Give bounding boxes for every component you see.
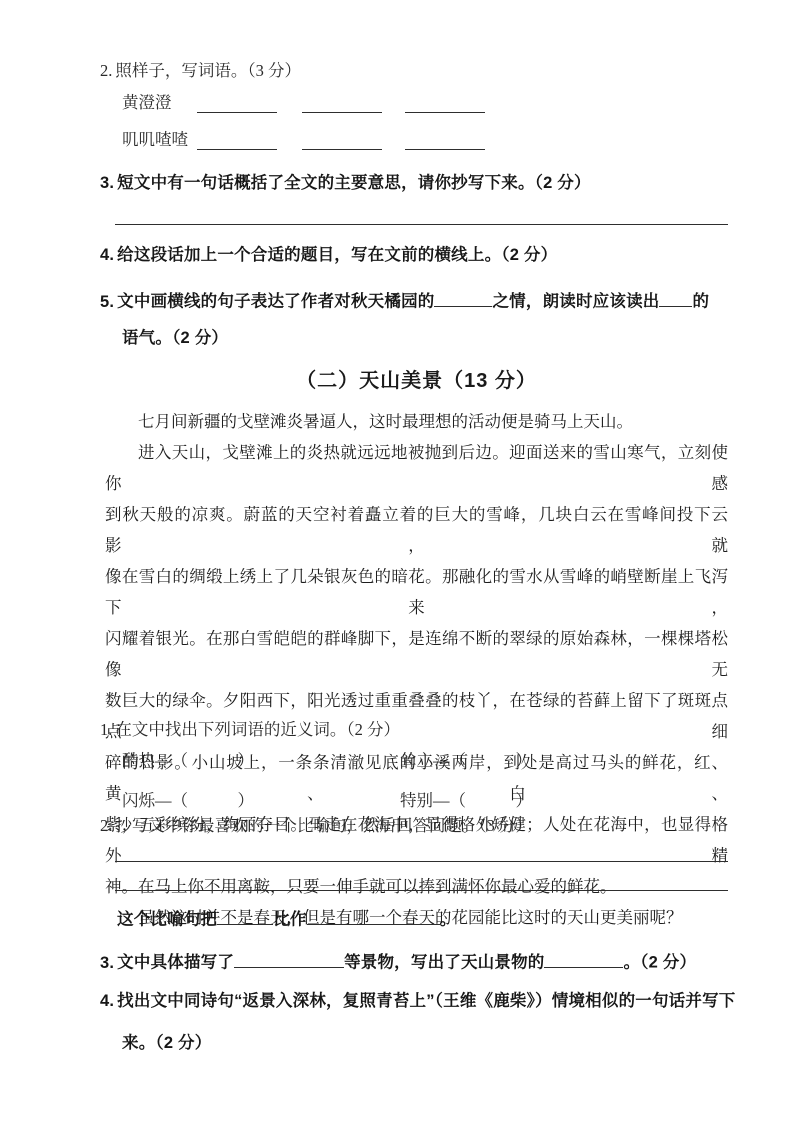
answer-blank: [197, 93, 277, 113]
question-number: 3.: [100, 953, 114, 974]
question-number: 2.: [100, 815, 112, 836]
question-number: 2.: [100, 60, 112, 81]
answer-writing-line: [115, 890, 728, 891]
passage-line: 神。在马上你不用离鞍，只要一伸手就可以捧到满怀你最心爱的鲜花。: [105, 871, 728, 902]
question-text: 照样子，写词语。（3 分）: [115, 61, 301, 80]
passage-line: 像在雪白的绸缎上绣上了几朵银灰色的暗花。那融化的雪水从雪峰的峭壁断崖上飞泻下来，: [105, 561, 728, 623]
question-text: 这个比喻句把: [117, 911, 217, 929]
word-example-row: 叽叽喳喳: [122, 129, 728, 151]
answer-blank: [302, 93, 382, 113]
answer-writing-line: [115, 861, 728, 862]
question-text: 给这段话加上一个合适的题目，写在文前的横线上。（2 分）: [117, 246, 557, 264]
synonym-pair-row: 酷热—（ ） 耸立—（ ）: [122, 750, 728, 771]
synonym-item: 闪烁—（ ）: [122, 791, 254, 810]
question-text: 短文中有一句话概括了全文的主要意思，请你抄写下来。（2 分）: [117, 174, 591, 192]
example-word: 黄澄澄: [122, 93, 172, 112]
question-text: 在文中找出下列词语的近义词。（2 分）: [115, 720, 400, 739]
answer-writing-line: [115, 224, 728, 225]
fill-in-blank: [434, 290, 492, 307]
synonym-pair-row: 闪烁—（ ） 特别—（ ）: [122, 790, 728, 811]
question-text: 抄写文中你最喜欢的一个比喻句，然后回答问题。（3 分）: [115, 816, 532, 835]
answer-blank: [405, 130, 485, 150]
example-word: 叽叽喳喳: [122, 130, 188, 149]
fill-in-blank: [307, 908, 440, 925]
question-number: 4.: [100, 245, 114, 266]
question-5-continuation: 语气。（2 分）: [122, 328, 762, 349]
answer-blank: [197, 130, 277, 150]
simile-sub-question: 这个比喻句把比作。: [117, 908, 757, 931]
answer-blank: [405, 93, 485, 113]
question-text: 的: [692, 293, 709, 311]
fill-in-blank: [234, 951, 344, 968]
fill-in-blank: [217, 908, 273, 925]
question-2-copy-words: 2.照样子，写词语。（3 分）: [100, 60, 740, 81]
question-4-title: 4.给这段话加上一个合适的题目，写在文前的横线上。（2 分）: [100, 245, 740, 266]
question-text: 。: [440, 911, 457, 929]
question-4-poem: 4.找出文中同诗句“返景入深林，复照青苔上”（王维《鹿柴》）情境相似的一句话并写…: [100, 991, 740, 1012]
fill-in-blank: [659, 290, 692, 307]
question-text: 找出文中同诗句“返景入深林，复照青苔上”（王维《鹿柴》）情境相似的一句话并写下: [117, 992, 735, 1010]
word-example-row: 黄澄澄: [122, 92, 728, 114]
question-1-synonyms: 1.在文中找出下列词语的近义词。（2 分）: [100, 719, 740, 740]
question-text: 比作: [273, 911, 306, 929]
question-number: 3.: [100, 173, 114, 194]
question-4-continuation: 来。（2 分）: [122, 1033, 762, 1054]
fill-in-blank: [544, 951, 623, 968]
question-text: 文中具体描写了: [117, 954, 234, 972]
question-text: 文中画横线的句子表达了作者对秋天橘园的: [117, 293, 434, 311]
exam-paper-page: 2.照样子，写词语。（3 分） 黄澄澄 叽叽喳喳 3.短文中有一句话概括了全文的…: [0, 0, 793, 1122]
section-heading: （二）天山美景（13 分）: [105, 364, 728, 393]
passage-line: 闪耀着银光。在那白雪皑皑的群峰脚下，是连绵不断的翠绿的原始森林，一棵棵塔松像无: [105, 623, 728, 685]
question-3-main-idea: 3.短文中有一句话概括了全文的主要意思，请你抄写下来。（2 分）: [100, 173, 740, 194]
reading-passage: 七月间新疆的戈壁滩炎暑逼人，这时最理想的活动便是骑马上天山。 进入天山，戈壁滩上…: [105, 406, 728, 933]
synonym-item: 特别—（ ）: [400, 790, 532, 811]
question-3-scenery: 3.文中具体描写了等景物，写出了天山景物的。（2 分）: [100, 951, 740, 974]
question-text: 之情，朗读时应该读出: [492, 293, 659, 311]
question-5-feeling: 5.文中画横线的句子表达了作者对秋天橘园的之情，朗读时应该读出的: [100, 290, 740, 313]
answer-blank: [302, 130, 382, 150]
question-text: 等景物，写出了天山景物的: [344, 954, 544, 972]
passage-line: 到秋天般的凉爽。蔚蓝的天空衬着矗立着的巨大的雪峰，几块白云在雪峰间投下云影，就: [105, 499, 728, 561]
passage-line: 七月间新疆的戈壁滩炎暑逼人，这时最理想的活动便是骑马上天山。: [105, 406, 728, 437]
question-number: 1.: [100, 719, 112, 740]
synonym-item: 耸立—（ ）: [400, 750, 532, 771]
question-number: 4.: [100, 991, 114, 1012]
passage-line: 进入天山，戈壁滩上的炎热就远远地被抛到后边。迎面送来的雪山寒气，立刻使你感: [105, 437, 728, 499]
question-number: 5.: [100, 292, 114, 313]
synonym-item: 酷热—（ ）: [122, 751, 254, 770]
question-2-simile: 2.抄写文中你最喜欢的一个比喻句，然后回答问题。（3 分）: [100, 815, 740, 836]
question-text: 。（2 分）: [623, 954, 696, 972]
